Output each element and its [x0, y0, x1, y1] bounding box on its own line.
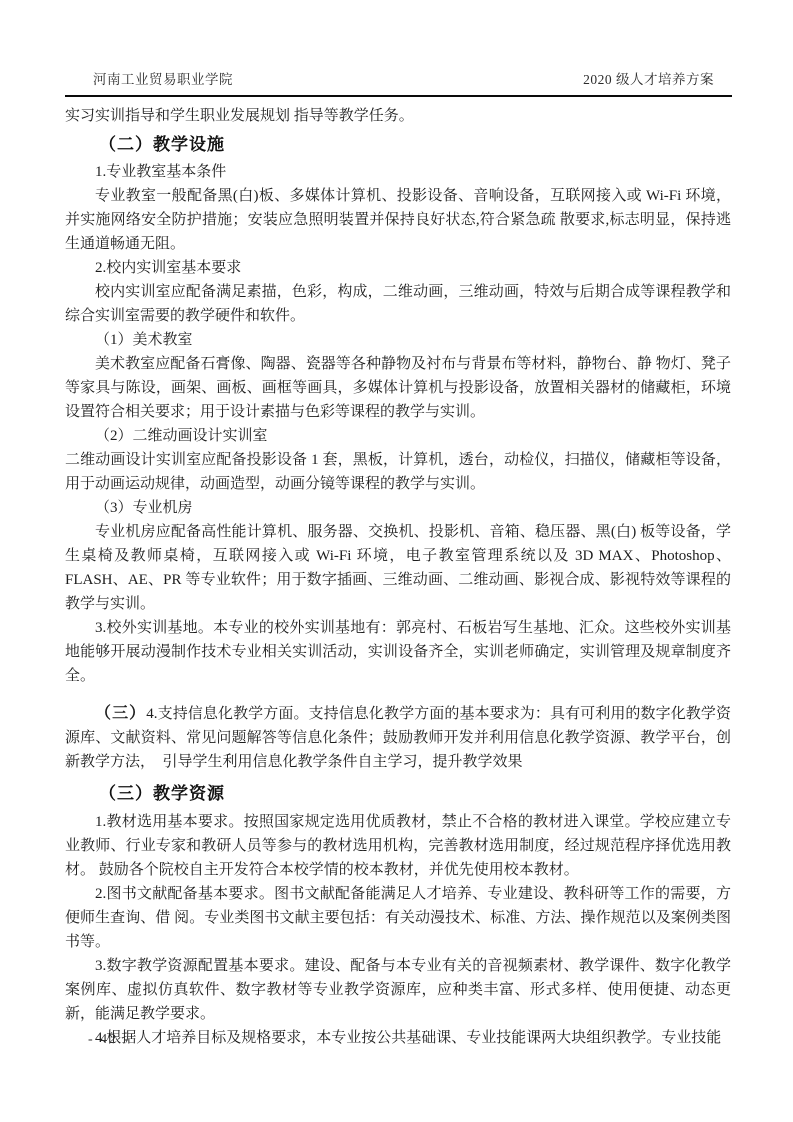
paragraph-library-literature: 2.图书文献配备基本要求。图书文献配备能满足人才培养、专业建设、教科研等工作的需… [65, 882, 731, 954]
list-item-training-room-requirements: 2.校内实训室基本要求 [65, 256, 731, 280]
header-school-name: 河南工业贸易职业学院 [93, 68, 233, 88]
paragraph-classroom-equipment: 专业教室一般配备黑(白)板、多媒体计算机、投影设备、音响设备，互联网接入或 Wi… [65, 184, 731, 256]
section-heading-teaching-resources: （三）教学资源 [65, 782, 731, 806]
paragraph-computer-room-equipment: 专业机房应配备高性能计算机、服务器、交换机、投影机、音箱、稳压器、黑(白) 板等… [65, 520, 731, 616]
paragraph-digital-resources: 3.数字教学资源配置基本要求。建设、配备与本专业有关的音视频素材、教学课件、数字… [65, 954, 731, 1026]
subitem-art-classroom: （1）美术教室 [65, 328, 731, 352]
page-header: 河南工业贸易职业学院 2020 级人才培养方案 [65, 68, 732, 97]
paragraph-continuation: 实习实训指导和学生职业发展规划 指导等教学任务。 [65, 104, 731, 128]
document-body: 实习实训指导和学生职业发展规划 指导等教学任务。 （二）教学设施 1.专业教室基… [65, 104, 731, 1050]
header-document-title: 2020 级人才培养方案 [583, 68, 714, 88]
subitem-computer-room: （3）专业机房 [65, 496, 731, 520]
paragraph-informatization-teaching: （三）4.支持信息化教学方面。支持信息化教学方面的基本要求为：具有可利用的数字化… [65, 702, 731, 774]
page-footer: - 42 - [88, 1032, 130, 1048]
section-heading-teaching-facilities: （二）教学设施 [65, 133, 731, 157]
page-number: - 42 - [88, 1032, 130, 1047]
subitem-2d-animation-room: （2）二维动画设计实训室 [65, 424, 731, 448]
paragraph-lead-label: （三） [95, 705, 146, 722]
document-page: 河南工业贸易职业学院 2020 级人才培养方案 实习实训指导和学生职业发展规划 … [0, 0, 793, 1122]
paragraph-2d-animation-equipment: 二维动画设计实训室应配备投影设备 1 套，黑板，计算机，透台，动检仪，扫描仪，储… [65, 448, 731, 496]
paragraph-art-classroom-equipment: 美术教室应配备石膏像、陶器、瓷器等各种静物及衬布与背景布等材料，静物台、静 物灯… [65, 352, 731, 424]
paragraph-offcampus-training-bases: 3.校外实训基地。本专业的校外实训基地有：郭亮村、石板岩写生基地、汇众。这些校外… [65, 616, 731, 688]
paragraph-textbook-selection: 1.教材选用基本要求。按照国家规定选用优质教材，禁止不合格的教材进入课堂。学校应… [65, 810, 731, 882]
list-item-classroom-conditions: 1.专业教室基本条件 [65, 160, 731, 184]
paragraph-training-room-equipment: 校内实训室应配备满足素描，色彩，构成，二维动画，三维动画，特效与后期合成等课程教… [65, 280, 731, 328]
paragraph-informatization-text: 4.支持信息化教学方面。支持信息化教学方面的基本要求为：具有可利用的数字化教学资… [65, 706, 731, 770]
paragraph-curriculum-organization: 4.根据人才培养目标及规格要求，本专业按公共基础课、专业技能课两大块组织教学。专… [65, 1026, 731, 1050]
